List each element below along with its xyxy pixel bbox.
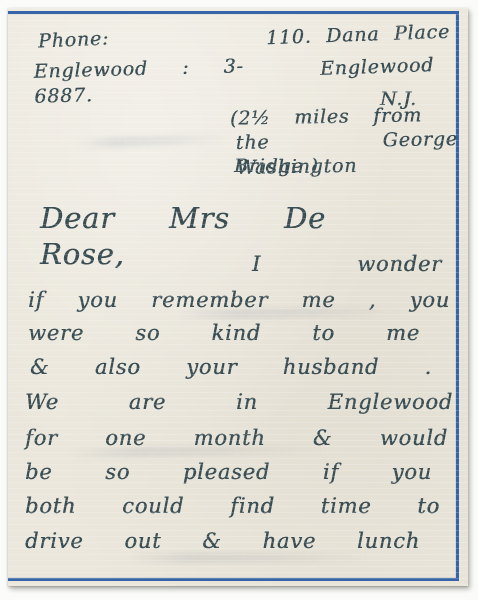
phone-number: Englewood : 3-6887. <box>33 54 244 109</box>
address-city: Englewood <box>320 53 435 82</box>
ink-bleed-through <box>78 133 228 148</box>
body-line: We are in Englewood <box>25 389 453 416</box>
body-line: for one month & would <box>25 425 448 452</box>
body-line: both could find time to <box>25 493 440 520</box>
body-line: were so kind to me <box>28 320 420 347</box>
address-note-line-3: Bridge ) <box>234 154 319 179</box>
scanned-letter-page: Phone: Englewood : 3-6887. 110. Dana Pla… <box>0 0 478 600</box>
phone-label: Phone: <box>37 26 109 54</box>
letter-paper: Phone: Englewood : 3-6887. 110. Dana Pla… <box>8 8 468 586</box>
body-line: be so pleased if you <box>25 459 432 486</box>
body-line: I wonder <box>252 251 442 278</box>
body-line: drive out & have lunch <box>25 528 420 555</box>
body-line: if you remember me , you <box>28 287 450 314</box>
address-street: 110. Dana Place <box>266 20 451 51</box>
body-line: & also your husband . <box>30 354 432 381</box>
